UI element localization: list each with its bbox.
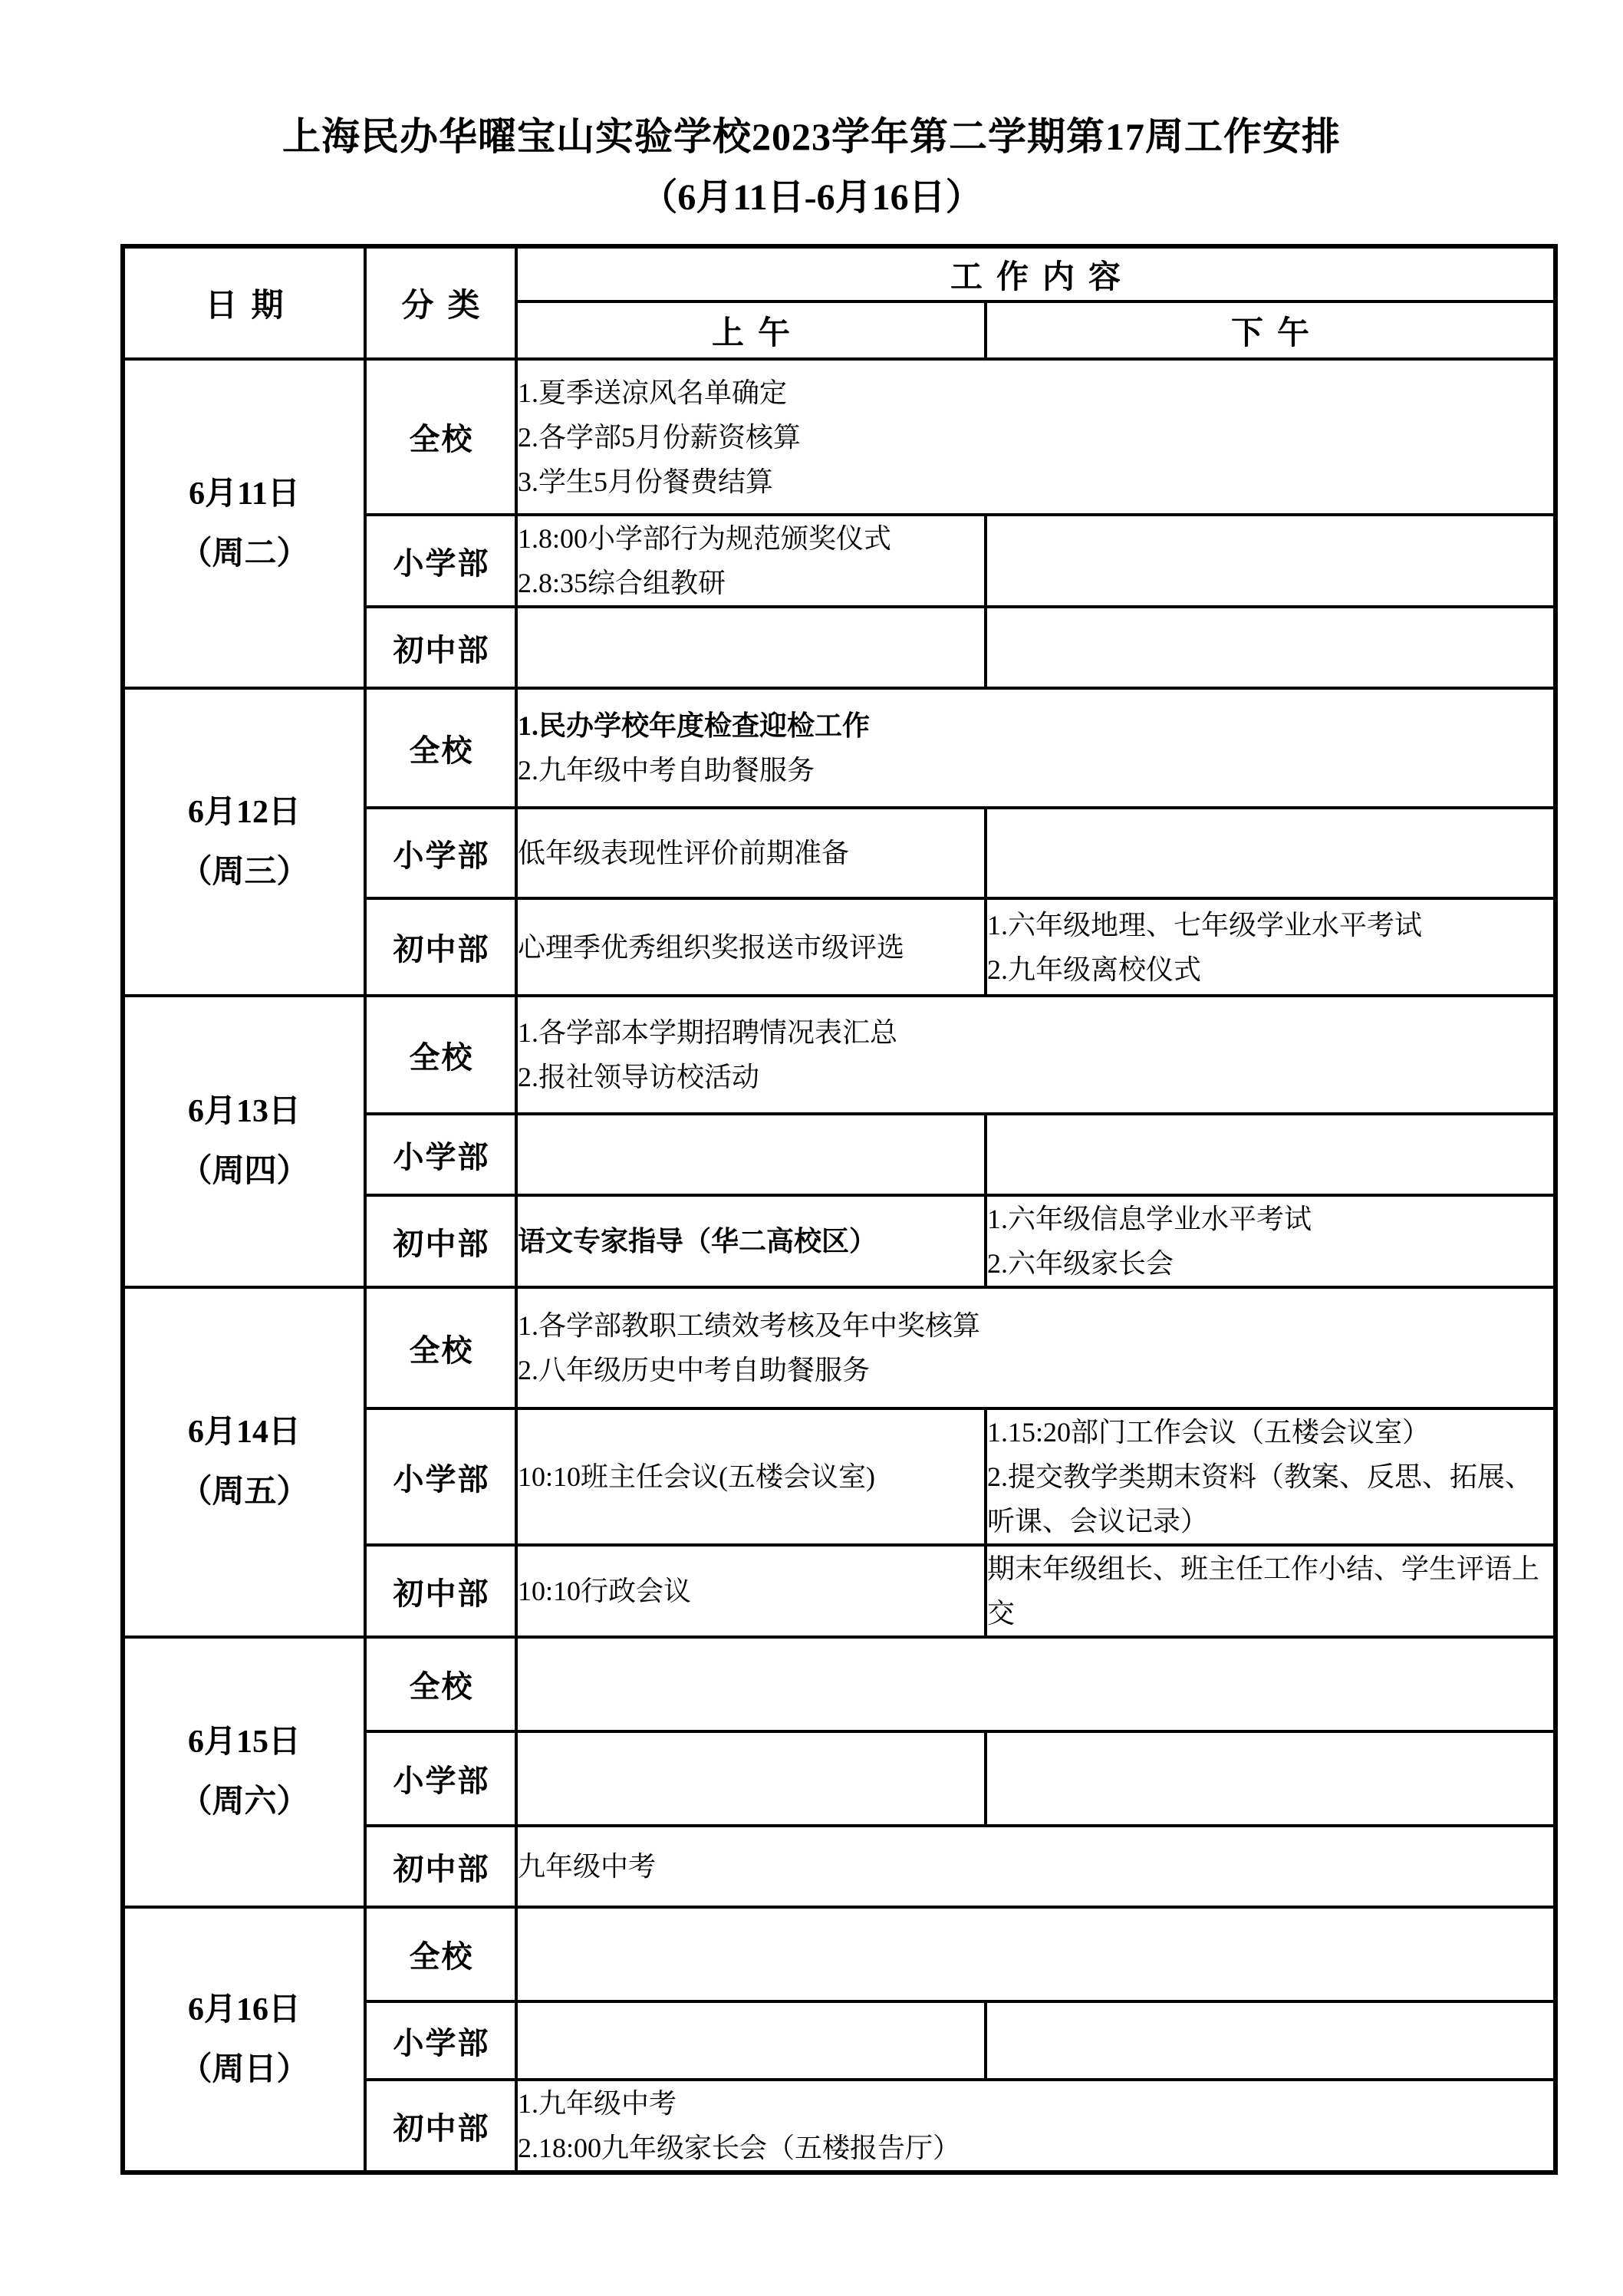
task-line: 2.18:00九年级家长会（五楼报告厅） — [518, 2126, 1553, 2170]
task-line: 九年级中考 — [518, 1844, 1553, 1889]
category-cell: 小学部 — [365, 2001, 516, 2080]
category-cell: 小学部 — [365, 1114, 516, 1195]
task-line: 1.8:00小学部行为规范颁奖仪式 — [518, 516, 984, 561]
category-cell: 全校 — [365, 359, 516, 515]
date-label: 6月11日 — [125, 464, 364, 524]
date-cell: 6月12日（周三） — [123, 688, 365, 996]
date-cell: 6月11日（周二） — [123, 359, 365, 688]
task-cell-afternoon — [986, 1731, 1556, 1826]
date-cell: 6月14日（周五） — [123, 1287, 365, 1637]
task-cell-morning: 低年级表现性评价前期准备 — [516, 808, 986, 898]
task-cell-morning — [516, 1114, 986, 1195]
date-label: 6月16日 — [125, 1980, 364, 2040]
schedule-row: 6月15日（周六）全校 — [123, 1637, 1556, 1731]
weekday-label: （周日） — [125, 2040, 364, 2100]
header-category: 分类 — [365, 246, 516, 359]
task-cell-morning — [516, 2001, 986, 2080]
task-line: 1.各学部本学期招聘情况表汇总 — [518, 1010, 1553, 1055]
category-cell: 全校 — [365, 1907, 516, 2001]
page-subtitle: （6月11日-6月16日） — [0, 167, 1623, 220]
category-cell: 全校 — [365, 1287, 516, 1408]
task-line: 2.九年级中考自助餐服务 — [518, 748, 1553, 792]
task-cell-morning: 心理季优秀组织奖报送市级评选 — [516, 898, 986, 996]
task-cell-full-day: 1.民办学校年度检查迎检工作2.九年级中考自助餐服务 — [516, 688, 1556, 808]
date-label: 6月14日 — [125, 1402, 364, 1462]
task-line: 3.学生5月份餐费结算 — [518, 460, 1553, 504]
task-cell-full-day: 九年级中考 — [516, 1826, 1556, 1907]
task-line: 2.提交教学类期末资料（教案、反思、拓展、听课、会议记录） — [987, 1454, 1553, 1543]
category-cell: 小学部 — [365, 808, 516, 898]
category-cell: 初中部 — [365, 1545, 516, 1637]
schedule-row: 6月16日（周日）全校 — [123, 1907, 1556, 2001]
category-cell: 初中部 — [365, 1195, 516, 1287]
task-line: 1.夏季送凉风名单确定 — [518, 371, 1553, 415]
task-line: 心理季优秀组织奖报送市级评选 — [518, 925, 984, 970]
task-cell-afternoon — [986, 808, 1556, 898]
task-line: 2.八年级历史中考自助餐服务 — [518, 1348, 1553, 1392]
task-line: 1.各学部教职工绩效考核及年中奖核算 — [518, 1303, 1553, 1348]
task-cell-morning — [516, 1731, 986, 1826]
task-line: 2.九年级离校仪式 — [987, 947, 1553, 992]
category-cell: 小学部 — [365, 515, 516, 607]
task-cell-full-day: 1.各学部教职工绩效考核及年中奖核算2.八年级历史中考自助餐服务 — [516, 1287, 1556, 1408]
task-line: 2.报社领导访校活动 — [518, 1055, 1553, 1099]
page-title: 上海民办华曜宝山实验学校2023学年第二学期第17周工作安排 — [0, 106, 1623, 161]
task-cell-afternoon: 1.六年级地理、七年级学业水平考试2.九年级离校仪式 — [986, 898, 1556, 996]
header-afternoon: 下午 — [986, 301, 1556, 359]
task-line: 1.六年级信息学业水平考试 — [987, 1197, 1553, 1241]
task-line: 2.8:35综合组教研 — [518, 561, 984, 605]
category-cell: 小学部 — [365, 1731, 516, 1826]
schedule-row: 6月11日（周二）全校1.夏季送凉风名单确定2.各学部5月份薪资核算3.学生5月… — [123, 359, 1556, 515]
task-cell-full-day: 1.九年级中考2.18:00九年级家长会（五楼报告厅） — [516, 2080, 1556, 2172]
task-cell-full-day: 1.各学部本学期招聘情况表汇总2.报社领导访校活动 — [516, 996, 1556, 1114]
task-cell-afternoon: 1.六年级信息学业水平考试2.六年级家长会 — [986, 1195, 1556, 1287]
task-line: 语文专家指导（华二高校区） — [518, 1219, 984, 1263]
task-cell-full-day — [516, 1637, 1556, 1731]
category-cell: 全校 — [365, 996, 516, 1114]
date-label: 6月15日 — [125, 1712, 364, 1772]
task-cell-morning: 1.8:00小学部行为规范颁奖仪式2.8:35综合组教研 — [516, 515, 986, 607]
task-cell-afternoon — [986, 607, 1556, 688]
category-cell: 全校 — [365, 688, 516, 808]
date-cell: 6月16日（周日） — [123, 1907, 365, 2172]
task-line: 10:10行政会议 — [518, 1569, 984, 1613]
header-work-content: 工作内容 — [516, 246, 1556, 301]
weekday-label: （周二） — [125, 524, 364, 584]
date-cell: 6月13日（周四） — [123, 996, 365, 1287]
task-cell-afternoon — [986, 1114, 1556, 1195]
task-line: 10:10班主任会议(五楼会议室) — [518, 1454, 984, 1499]
document-page: 上海民办华曜宝山实验学校2023学年第二学期第17周工作安排 （6月11日-6月… — [0, 0, 1623, 2296]
task-cell-morning: 语文专家指导（华二高校区） — [516, 1195, 986, 1287]
task-line: 1.民办学校年度检查迎检工作 — [518, 703, 1553, 748]
category-cell: 初中部 — [365, 2080, 516, 2172]
schedule-row: 6月14日（周五）全校1.各学部教职工绩效考核及年中奖核算2.八年级历史中考自助… — [123, 1287, 1556, 1408]
header-date: 日期 — [123, 246, 365, 359]
category-cell: 全校 — [365, 1637, 516, 1731]
category-cell: 小学部 — [365, 1408, 516, 1545]
task-cell-afternoon — [986, 2001, 1556, 2080]
header-morning: 上午 — [516, 301, 986, 359]
date-label: 6月13日 — [125, 1082, 364, 1141]
task-cell-full-day — [516, 1907, 1556, 2001]
schedule-row: 6月12日（周三）全校1.民办学校年度检查迎检工作2.九年级中考自助餐服务 — [123, 688, 1556, 808]
date-cell: 6月15日（周六） — [123, 1637, 365, 1907]
task-line: 2.各学部5月份薪资核算 — [518, 415, 1553, 460]
category-cell: 初中部 — [365, 1826, 516, 1907]
task-cell-morning — [516, 607, 986, 688]
weekday-label: （周四） — [125, 1141, 364, 1201]
date-label: 6月12日 — [125, 782, 364, 842]
category-cell: 初中部 — [365, 607, 516, 688]
task-line: 1.15:20部门工作会议（五楼会议室） — [987, 1410, 1553, 1454]
task-line: 1.九年级中考 — [518, 2081, 1553, 2126]
schedule-table: 日期 分类 工作内容 上午 下午 6月11日（周二）全校1.夏季送凉风名单确定2… — [120, 244, 1558, 2175]
weekday-label: （周五） — [125, 1462, 364, 1522]
category-cell: 初中部 — [365, 898, 516, 996]
weekday-label: （周三） — [125, 842, 364, 902]
weekday-label: （周六） — [125, 1772, 364, 1832]
task-cell-afternoon: 期末年级组长、班主任工作小结、学生评语上交 — [986, 1545, 1556, 1637]
task-cell-morning: 10:10班主任会议(五楼会议室) — [516, 1408, 986, 1545]
task-cell-afternoon: 1.15:20部门工作会议（五楼会议室）2.提交教学类期末资料（教案、反思、拓展… — [986, 1408, 1556, 1545]
task-cell-afternoon — [986, 515, 1556, 607]
task-line: 1.六年级地理、七年级学业水平考试 — [987, 903, 1553, 947]
schedule-row: 6月13日（周四）全校1.各学部本学期招聘情况表汇总2.报社领导访校活动 — [123, 996, 1556, 1114]
task-line: 低年级表现性评价前期准备 — [518, 831, 984, 875]
task-cell-morning: 10:10行政会议 — [516, 1545, 986, 1637]
task-line: 2.六年级家长会 — [987, 1241, 1553, 1286]
schedule-body: 6月11日（周二）全校1.夏季送凉风名单确定2.各学部5月份薪资核算3.学生5月… — [123, 359, 1556, 2172]
task-cell-full-day: 1.夏季送凉风名单确定2.各学部5月份薪资核算3.学生5月份餐费结算 — [516, 359, 1556, 515]
task-line: 期末年级组长、班主任工作小结、学生评语上交 — [987, 1547, 1553, 1636]
